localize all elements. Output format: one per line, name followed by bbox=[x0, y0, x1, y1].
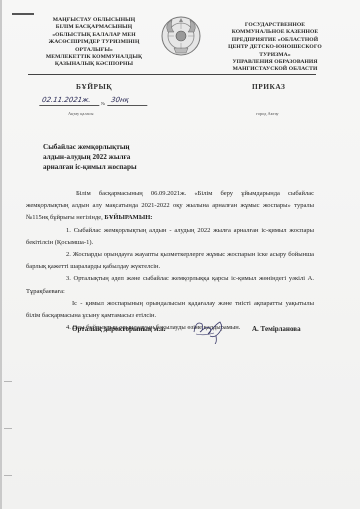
title-line: алдын-алудың 2022 жылға bbox=[43, 152, 223, 162]
signatory-name: А. Темірланова bbox=[252, 325, 301, 333]
preamble-paragraph: Білім басқармасының 06.09.2021ж. «Білім … bbox=[26, 188, 314, 225]
item-1: 1. Сыбайлас жемқорлықтың алдын - алудың … bbox=[26, 225, 314, 249]
scan-mark bbox=[12, 13, 34, 15]
scan-tick bbox=[4, 475, 12, 476]
title-line: арналған іс-қимыл жоспары bbox=[43, 162, 223, 172]
header-left-line: ОРТАЛЫҒЫ» bbox=[34, 47, 154, 54]
scan-tick bbox=[4, 428, 12, 429]
document-title: Сыбайлас жемқорлықтың алдын-алудың 2022 … bbox=[43, 142, 223, 173]
header-left-line: МЕМЛЕКЕТТІК КОММУНАЛДЫҚ bbox=[34, 54, 154, 61]
order-number-handwritten: 30нқ bbox=[107, 95, 149, 106]
item-3-sub: Іс - қимыл жоспарының орындалысын қадаға… bbox=[26, 298, 314, 322]
header-left-line: МАҢҒЫСТАУ ОБЛЫСЫНЫҢ bbox=[34, 17, 154, 24]
header-left-line: «ОБЛЫСТЫҚ БАЛАЛАР МЕН bbox=[34, 32, 154, 39]
signature-block: Орталық директорының м.а. А. Темірланова bbox=[0, 320, 360, 342]
order-number-label: № bbox=[101, 101, 105, 106]
header-right-line: КОММУНАЛЬНОЕ КАЗЕННОЕ bbox=[220, 29, 330, 36]
header-right-line: ТУРИЗМА» bbox=[220, 52, 330, 59]
order-date-handwritten: 02.11.2021ж. bbox=[39, 95, 101, 106]
header-left-line: ҚАЗЫНАЛЫҚ КӘСІПОРНЫ bbox=[34, 61, 154, 68]
document-page: МАҢҒЫСТАУ ОБЛЫСЫНЫҢ БІЛІМ БАСҚАРМАСЫНЫҢ … bbox=[0, 0, 360, 509]
item-2: 2. Жоспарды орындауға жауапты қызметкерл… bbox=[26, 249, 314, 273]
item-3: 3. Орталықтың әдеп және сыбайлас жемқорл… bbox=[26, 273, 314, 297]
signature-icon bbox=[190, 314, 226, 344]
header-divider bbox=[28, 74, 316, 75]
preamble-command: БҰЙЫРАМЫН: bbox=[104, 214, 152, 221]
scan-edge bbox=[0, 0, 2, 509]
header-right-line: ПРЕДПРИЯТИЕ «ОБЛАСТНОЙ bbox=[220, 37, 330, 44]
header-left-line: ЖАСӨСПІРІМДЕР ТУРИЗМІНІҢ bbox=[34, 39, 154, 46]
header-right-line: ГОСУДАРСТВЕННОЕ bbox=[220, 22, 330, 29]
city-ru: город Актау bbox=[256, 111, 279, 116]
title-line: Сыбайлас жемқорлықтың bbox=[43, 142, 223, 152]
order-label-kz: БҰЙРЫҚ bbox=[76, 82, 112, 91]
state-emblem-icon bbox=[160, 12, 202, 62]
header-left-line: БІЛІМ БАСҚАРМАСЫНЫҢ bbox=[34, 24, 154, 31]
header-right-line: ЦЕНТР ДЕТСКО-ЮНОШЕСКОГО bbox=[220, 44, 330, 51]
header-right-line: МАНГИСТАУСКОЙ ОБЛАСТИ bbox=[220, 66, 330, 73]
header-right-ru: ГОСУДАРСТВЕННОЕ КОММУНАЛЬНОЕ КАЗЕННОЕ ПР… bbox=[220, 22, 330, 74]
signatory-position: Орталық директорының м.а. bbox=[72, 325, 165, 333]
preamble-text: Білім басқармасының 06.09.2021ж. «Білім … bbox=[26, 190, 314, 221]
order-label-ru: ПРИКАЗ bbox=[252, 82, 285, 91]
header-left-kz: МАҢҒЫСТАУ ОБЛЫСЫНЫҢ БІЛІМ БАСҚАРМАСЫНЫҢ … bbox=[34, 17, 154, 69]
scan-tick bbox=[4, 381, 12, 382]
city-kz: Ақтау қаласы bbox=[68, 111, 93, 116]
document-body: Білім басқармасының 06.09.2021ж. «Білім … bbox=[26, 188, 314, 334]
